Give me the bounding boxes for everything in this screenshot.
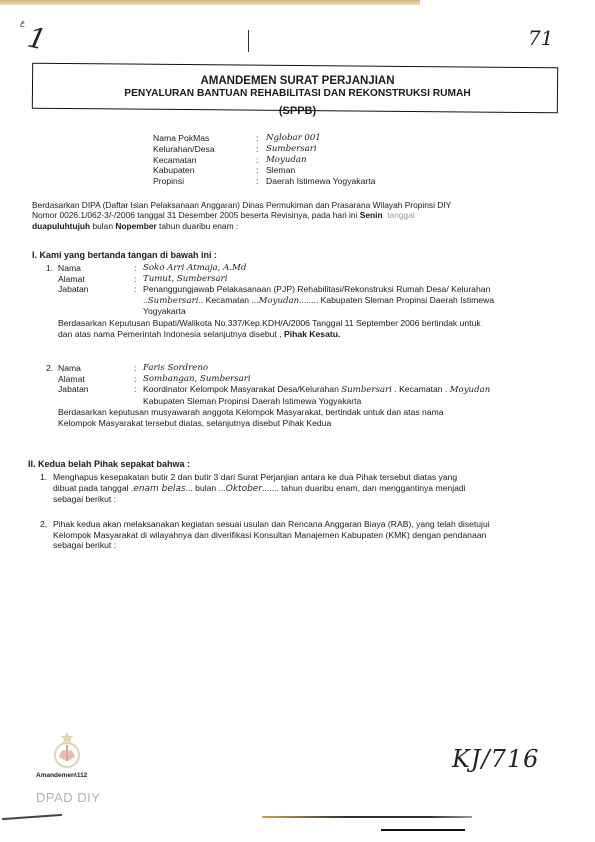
scan-edge-top [0,0,420,5]
info-value: Sleman [266,165,295,176]
party-1-position: Penanggungjawab Pelakasanaan (PJP) Rehab… [143,284,490,295]
party-1-name: Soko Arri Atmaja, A.Md [143,263,246,274]
scan-edge-bottom-left [2,814,62,820]
archive-code-handwritten: KJ/716 [452,745,539,773]
province-emblem-icon [50,731,84,769]
margin-stroke [248,30,249,52]
info-value: Sumbersari [266,144,317,155]
party-2-name: Faris Sordreno [143,363,208,374]
info-row-propinsi: Propinsi: Daerah Istimewa Yogyakarta [153,176,375,187]
footer-rule [381,829,465,831]
party-1: 1.Nama:Soko Arri Atmaja, A.Md Alamat:Tum… [46,263,586,339]
document-subtitle: PENYALURAN BANTUAN REHABILITASI DAN REKO… [0,88,595,99]
info-row-kabupaten: Kabupaten: Sleman [153,165,375,176]
watermark: DPAD DIY [36,790,100,805]
info-value: Nglobar 001 [266,133,321,144]
scan-edge-bottom [262,816,472,818]
page-number-handwritten: 1 [25,21,49,57]
margin-scribble: ع [20,18,25,27]
party-2: 2.Nama:Faris Sordreno Alamat:Sombangan, … [46,363,586,429]
agreement-item-1: 1.Menghapus kesepakatan butir 2 dan buti… [40,472,588,505]
intro-paragraph: Berdasarkan DIPA (Daftar Isian Pelaksana… [32,200,592,231]
document-abbreviation: (SPPB) [0,105,595,117]
party-2-position: Koordinator Kelompok Masyarakat Desa/Kel… [143,384,490,396]
party-2-address: Sombangan, Sumbersari [143,374,251,385]
info-label: Propinsi [153,176,256,187]
file-caption: Amandemen\112 [36,772,87,779]
section-1-heading: I. Kami yang bertanda tangan di bawah in… [32,250,217,260]
intro-line: duapuluhtujuh bulan Nopember tahun duari… [32,221,592,231]
info-value: Moyudan [266,155,307,166]
info-value: Daerah Istimewa Yogyakarta [266,176,375,187]
intro-line: Nomor 0026.1/062-3/-/2006 tanggal 31 Des… [32,210,592,220]
pokmas-info: Nama PokMas: Nglobar 001 Kelurahan/Desa:… [153,133,375,187]
info-label: Kabupaten [153,165,256,176]
info-row-nama-pokmas: Nama PokMas: Nglobar 001 [153,133,375,144]
info-row-kecamatan: Kecamatan: Moyudan [153,155,375,166]
document-title: AMANDEMEN SURAT PERJANJIAN [0,75,595,87]
archive-number-handwritten: 71 [528,26,553,50]
intro-line: Berdasarkan DIPA (Daftar Isian Pelaksana… [32,200,592,210]
section-2-heading: II. Kedua belah Pihak sepakat bahwa : [28,459,190,469]
info-label: Kecamatan [153,155,256,166]
info-label: Kelurahan/Desa [153,144,256,155]
agreement-item-2: 2.Pihak kedua akan melaksanakan kegiatan… [40,519,588,551]
party-1-address: Tumut, Sumbersari [143,274,228,285]
info-label: Nama PokMas [153,133,256,144]
info-row-kelurahan: Kelurahan/Desa: Sumbersari [153,144,375,155]
